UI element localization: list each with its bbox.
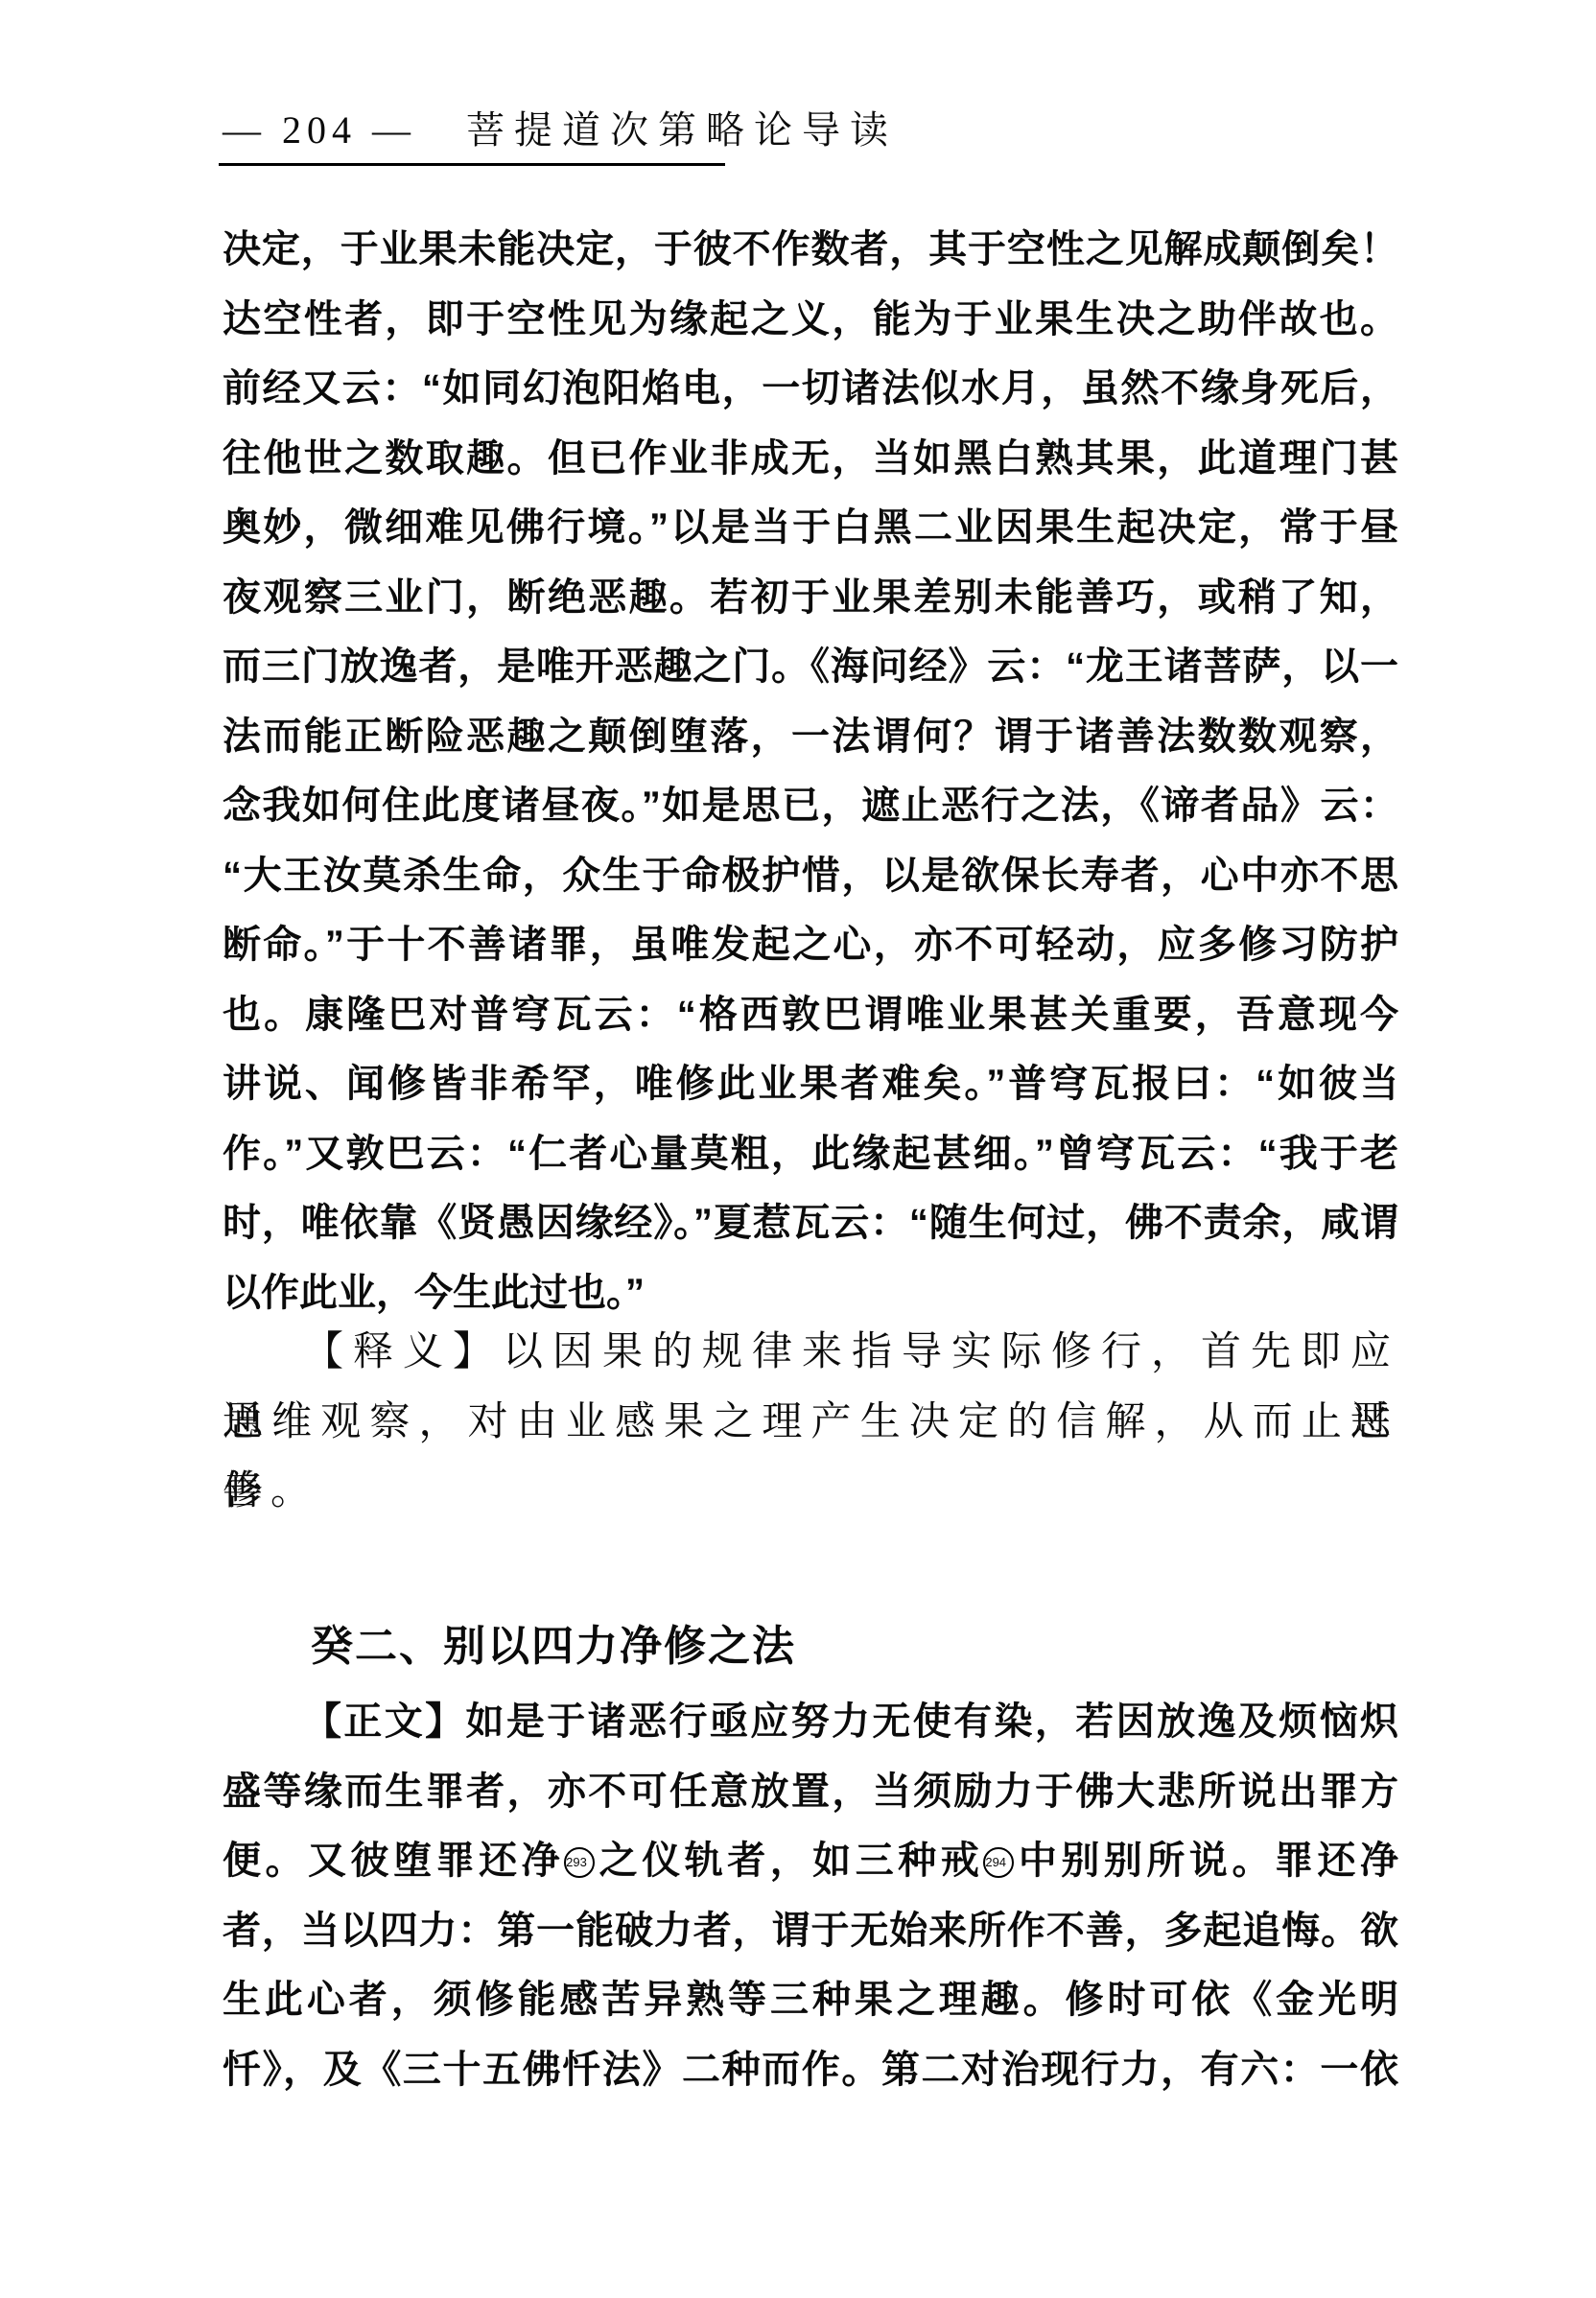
text-line: 忏》，及《三十五佛忏法》二种而作。第二对治现行力，有六：一依 — [223, 2035, 1398, 2105]
text-line: 者，当以四力：第一能破力者，谓于无始来所作不善，多起追悔。欲 — [223, 1896, 1398, 1966]
text-line: 也。康隆巴对普穹瓦云：“格西敦巴谓唯业果甚关重要，吾意现今 — [223, 980, 1398, 1050]
footnote-marker: 294 — [983, 1847, 1014, 1878]
header-rule — [219, 163, 725, 166]
text-line: 盛等缘而生罪者，亦不可任意放置，当须励力于佛大悲所说出罪方 — [223, 1757, 1398, 1827]
text-line: 夜观察三业门，断绝恶趣。若初于业果差别未能善巧，或稍了知， — [223, 563, 1398, 633]
text-line: 往他世之数取趣。但已作业非成无，当如黑白熟其果，此道理门甚 — [223, 424, 1398, 494]
text-line: 【释义】以因果的规律来指导实际修行，首先即应通过 — [223, 1318, 1398, 1388]
paragraph-original-text: 决定，于业果未能决定，于彼不作数者，其于空性之见解成颠倒矣！达空性者，即于空性见… — [223, 215, 1398, 1327]
text-line: 作。”又敦巴云：“仁者心量莫粗，此缘起甚细。”曾穹瓦云：“我于老 — [223, 1119, 1398, 1189]
text-line: 善。 — [223, 1457, 1398, 1527]
text-line: “大王汝莫杀生命，众生于命极护惜，以是欲保长寿者，心中亦不思 — [223, 841, 1398, 911]
text-line: 思维观察，对由业感果之理产生决定的信解，从而止恶修 — [223, 1388, 1398, 1458]
text-line: 便。又彼堕罪还净293之仪轨者，如三种戒294中别别所说。罪还净 — [223, 1826, 1398, 1896]
text-line: 生此心者，须修能感苦异熟等三种果之理趣。修时可依《金光明 — [223, 1965, 1398, 2035]
book-title: 菩提道次第略论导读 — [466, 108, 898, 152]
text-line: 奥妙，微细难见佛行境。”以是当于白黑二业因果生起决定，常于昼 — [223, 493, 1398, 563]
text-line: 【正文】如是于诸恶行亟应努力无使有染，若因放逸及烦恼炽 — [223, 1687, 1398, 1757]
text-line: 而三门放逸者，是唯开恶趣之门。《海问经》云：“龙王诸菩萨，以一 — [223, 632, 1398, 702]
running-head: — 204 —菩提道次第略论导读 — [223, 106, 1398, 155]
text-line: 断命。”于十不善诸罪，虽唯发起之心，亦不可轻动，应多修习防护 — [223, 910, 1398, 980]
page-number: — 204 — — [223, 108, 416, 152]
text-line: 前经又云：“如同幻泡阳焰电，一切诸法似水月，虽然不缘身死后， — [223, 354, 1398, 424]
text-line: 法而能正断险恶趣之颠倒堕落，一法谓何？谓于诸善法数数观察， — [223, 702, 1398, 772]
footnote-marker: 293 — [564, 1847, 595, 1878]
section-heading: 癸二、别以四力净修之法 — [223, 1612, 1398, 1682]
text-line: 决定，于业果未能决定，于彼不作数者，其于空性之见解成颠倒矣！ — [223, 215, 1398, 285]
paragraph-commentary: 【释义】以因果的规律来指导实际修行，首先即应通过思维观察，对由业感果之理产生决定… — [223, 1318, 1398, 1527]
text-line: 达空性者，即于空性见为缘起之义，能为于业果生决之助伴故也。 — [223, 285, 1398, 355]
text-line: 念我如何住此度诸昼夜。”如是思已，遮止恶行之法，《谛者品》云： — [223, 771, 1398, 841]
text-line: 讲说、闻修皆非希罕，唯修此业果者难矣。”普穹瓦报曰：“如彼当 — [223, 1049, 1398, 1119]
text-line: 时，唯依靠《贤愚因缘经》。”夏惹瓦云：“随生何过，佛不责余，咸谓 — [223, 1188, 1398, 1258]
paragraph-main-text: 【正文】如是于诸恶行亟应努力无使有染，若因放逸及烦恼炽盛等缘而生罪者，亦不可任意… — [223, 1687, 1398, 2104]
book-page: — 204 —菩提道次第略论导读 决定，于业果未能决定，于彼不作数者，其于空性之… — [0, 0, 1596, 2298]
